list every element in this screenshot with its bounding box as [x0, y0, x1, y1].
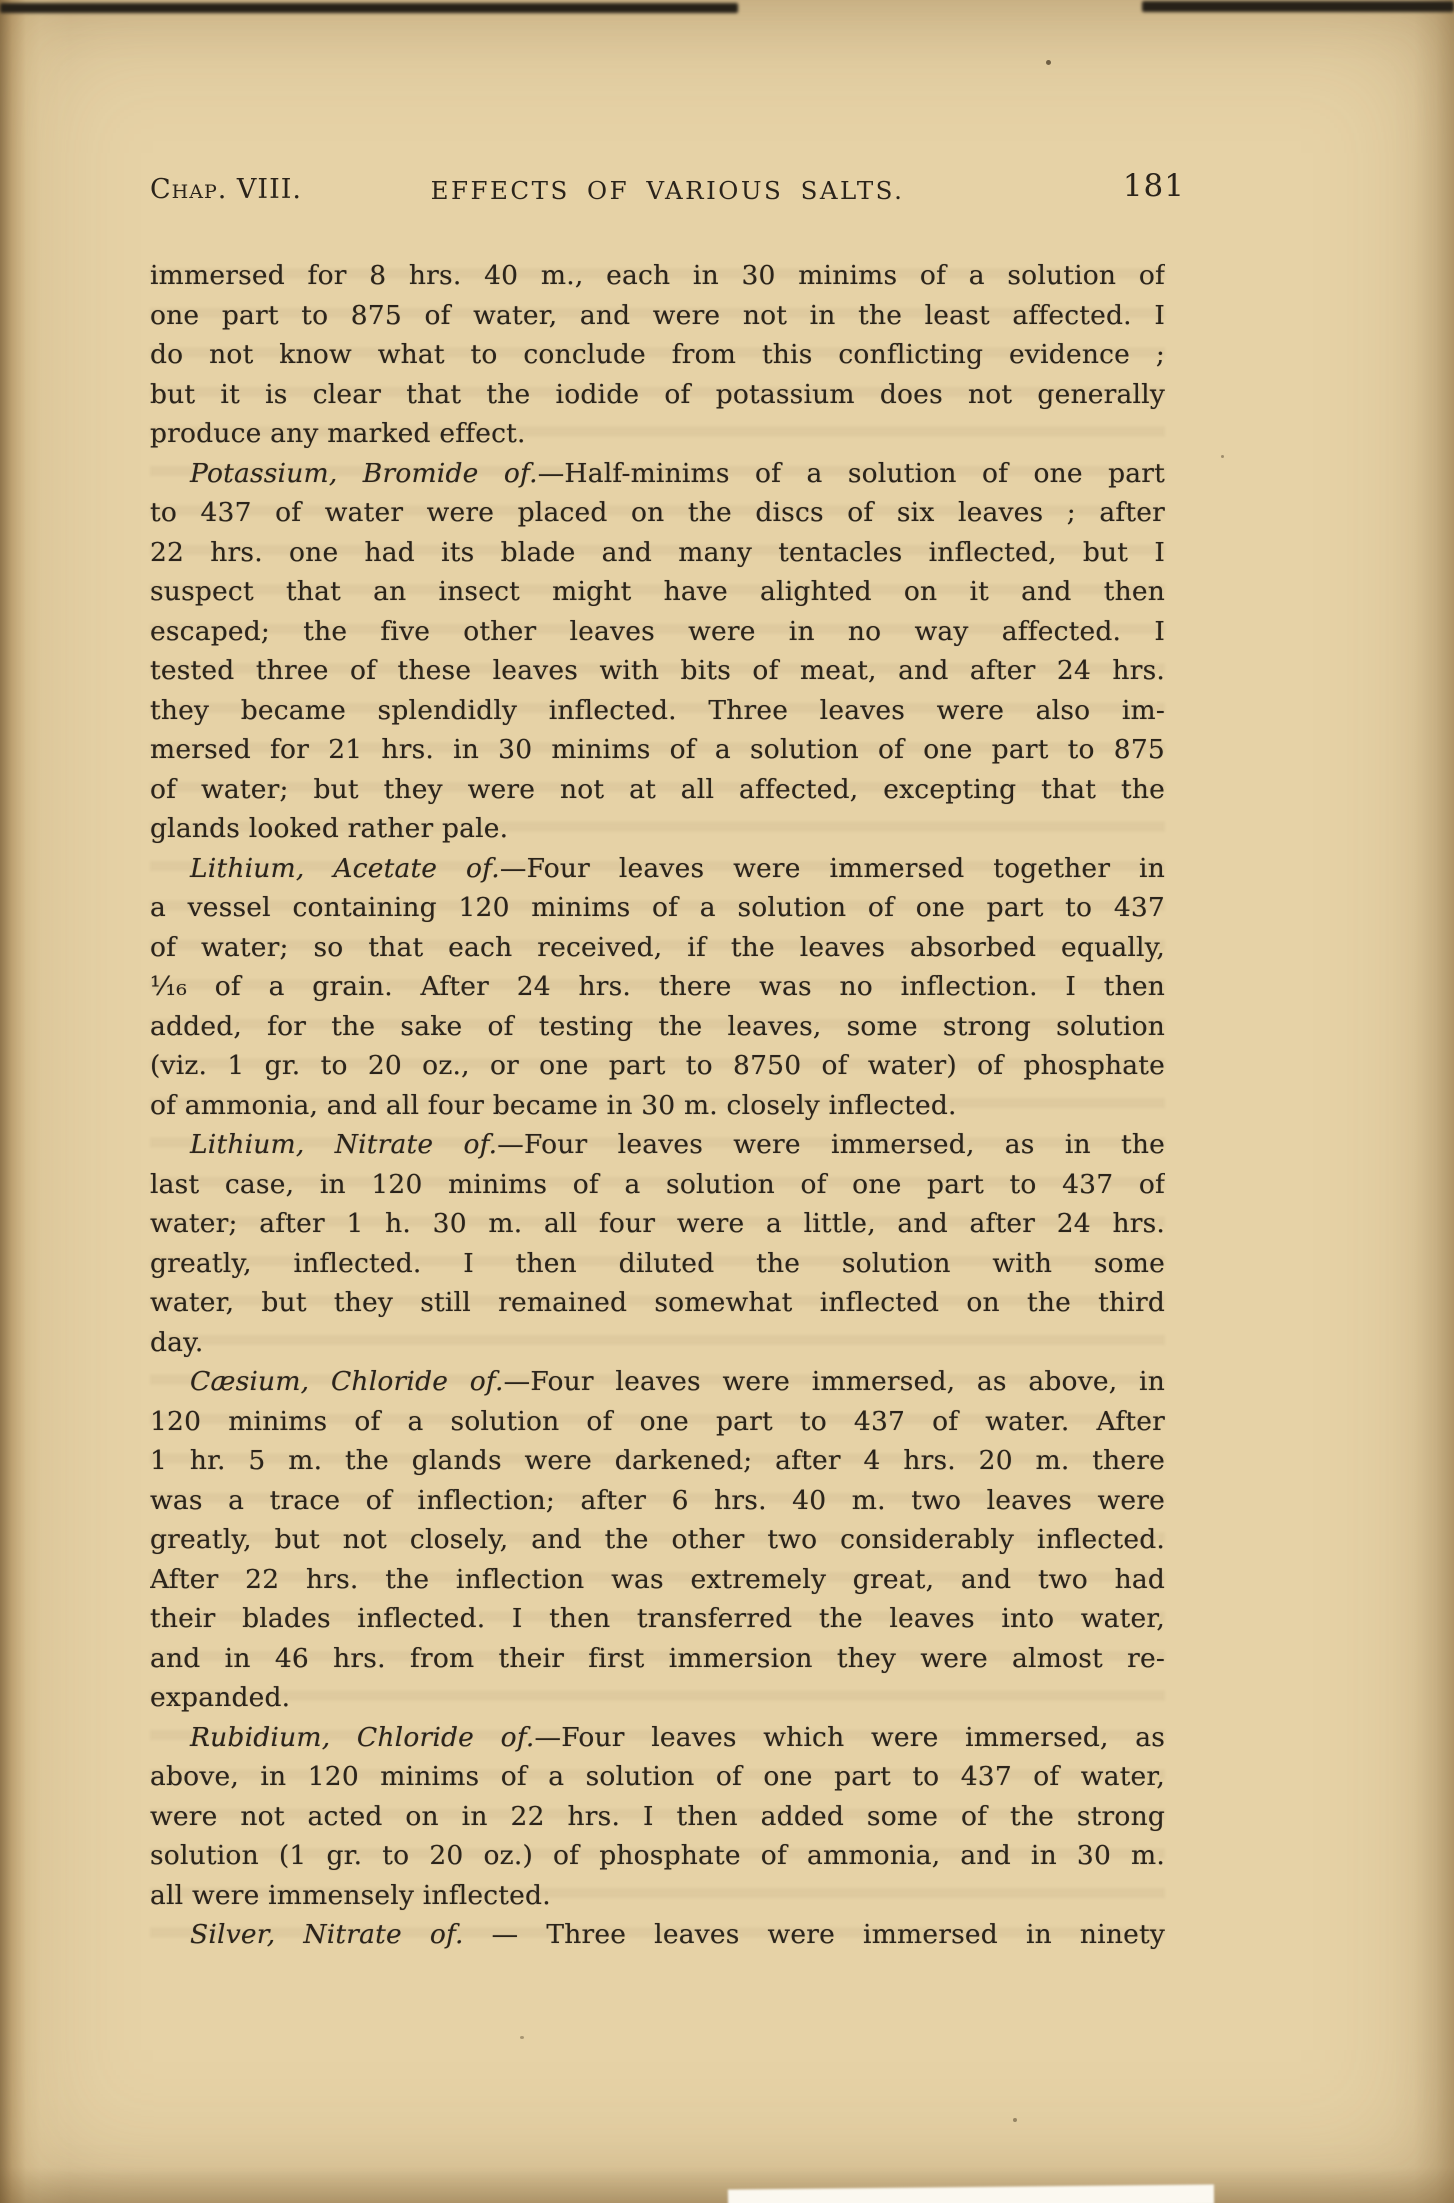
text-line: —Four leaves were immersed, as in the [497, 1129, 1165, 1160]
text-line: of water; but they were not at all affec… [150, 770, 1165, 810]
text-line: solution (1 gr. to 20 oz.) of phosphate … [150, 1836, 1165, 1876]
text-line: to 437 of water were placed on the discs… [150, 493, 1165, 533]
text-line: —Half-minims of a solution of one part [538, 458, 1165, 489]
text-line: do not know what to conclude from this c… [150, 335, 1165, 375]
text-line: last case, in 120 minims of a solution o… [150, 1165, 1165, 1205]
text-line: 22 hrs. one had its blade and many tenta… [150, 533, 1165, 573]
text-line: of ammonia, and all four became in 30 m.… [150, 1086, 1165, 1126]
salt-name-italic: Potassium, Bromide of. [190, 458, 538, 489]
text-line: greatly, inflected. I then diluted the s… [150, 1244, 1165, 1284]
salt-name-italic: Silver, Nitrate of. [190, 1919, 464, 1950]
page-number: 181 [1123, 168, 1185, 204]
text-line: they became splendidly inflected. Three … [150, 691, 1165, 731]
salt-name-italic: Lithium, Nitrate of. [190, 1129, 497, 1160]
text-line: (viz. 1 gr. to 20 oz., or one part to 87… [150, 1046, 1165, 1086]
text-line: of water; so that each received, if the … [150, 928, 1165, 968]
text-line: suspect that an insect might have alight… [150, 572, 1165, 612]
paper-speck [1221, 455, 1224, 458]
text-line: tested three of these leaves with bits o… [150, 651, 1165, 691]
text-line: their blades inflected. I then transferr… [150, 1599, 1165, 1639]
text-line: ¹⁄₁₆ of a grain. After 24 hrs. there was… [150, 967, 1165, 1007]
text-line: above, in 120 minims of a solution of on… [150, 1757, 1165, 1797]
paper-speck [520, 2036, 524, 2039]
text-line: water; after 1 h. 30 m. all four were a … [150, 1204, 1165, 1244]
salt-name-italic: Lithium, Acetate of. [190, 853, 500, 884]
paragraph-first-line: Potassium, Bromide of.—Half-minims of a … [150, 454, 1165, 494]
text-line: —Four leaves were immersed together in [500, 853, 1165, 884]
text-line: expanded. [150, 1678, 1165, 1718]
paragraph-first-line: Silver, Nitrate of. — Three leaves were … [150, 1915, 1165, 1955]
text-line: but it is clear that the iodide of potas… [150, 375, 1165, 415]
text-line: — Three leaves were immersed in ninety [464, 1919, 1165, 1950]
paragraph-first-line: Rubidium, Chloride of.—Four leaves which… [150, 1718, 1165, 1758]
paragraph-first-line: Cæsium, Chloride of.—Four leaves were im… [150, 1362, 1165, 1402]
salt-name-italic: Cæsium, Chloride of. [190, 1366, 504, 1397]
text-line: glands looked rather pale. [150, 809, 1165, 849]
paper-speck [1046, 60, 1051, 65]
text-line: all were immensely inflected. [150, 1876, 1165, 1916]
text-block: immersed for 8 hrs. 40 m., each in 30 mi… [150, 256, 1165, 1955]
paragraph-first-line: Lithium, Nitrate of.—Four leaves were im… [150, 1125, 1165, 1165]
text-line: After 22 hrs. the inflection was extreme… [150, 1560, 1165, 1600]
text-line: and in 46 hrs. from their first immersio… [150, 1639, 1165, 1679]
text-line: water, but they still remained somewhat … [150, 1283, 1165, 1323]
text-line: added, for the sake of testing the leave… [150, 1007, 1165, 1047]
text-line: a vessel containing 120 minims of a solu… [150, 888, 1165, 928]
text-line: escaped; the five other leaves were in n… [150, 612, 1165, 652]
book-page-scan: Chap. VIII. EFFECTS OF VARIOUS SALTS. 18… [0, 0, 1454, 2203]
binding-shadow [0, 0, 70, 2203]
text-line: one part to 875 of water, and were not i… [150, 296, 1165, 336]
page-header: Chap. VIII. EFFECTS OF VARIOUS SALTS. 18… [150, 168, 1185, 212]
text-line: immersed for 8 hrs. 40 m., each in 30 mi… [150, 256, 1165, 296]
text-line: produce any marked effect. [150, 414, 1165, 454]
paper-speck [1013, 2118, 1017, 2122]
text-line: —Four leaves were immersed, as above, in [504, 1366, 1165, 1397]
text-line: greatly, but not closely, and the other … [150, 1520, 1165, 1560]
text-line: were not acted on in 22 hrs. I then adde… [150, 1797, 1165, 1837]
text-line: 1 hr. 5 m. the glands were darkened; aft… [150, 1441, 1165, 1481]
text-line: mersed for 21 hrs. in 30 minims of a sol… [150, 730, 1165, 770]
paragraph-first-line: Lithium, Acetate of.—Four leaves were im… [150, 849, 1165, 889]
text-line: 120 minims of a solution of one part to … [150, 1402, 1165, 1442]
running-title: EFFECTS OF VARIOUS SALTS. [150, 176, 1185, 205]
text-line: day. [150, 1323, 1165, 1363]
scan-edge-top-left [0, 3, 738, 13]
text-line: was a trace of inflection; after 6 hrs. … [150, 1481, 1165, 1521]
text-line: —Four leaves which were immersed, as [535, 1722, 1165, 1753]
scan-edge-top-right [1142, 1, 1454, 12]
salt-name-italic: Rubidium, Chloride of. [190, 1722, 535, 1753]
page-edge-right [1414, 0, 1454, 2203]
